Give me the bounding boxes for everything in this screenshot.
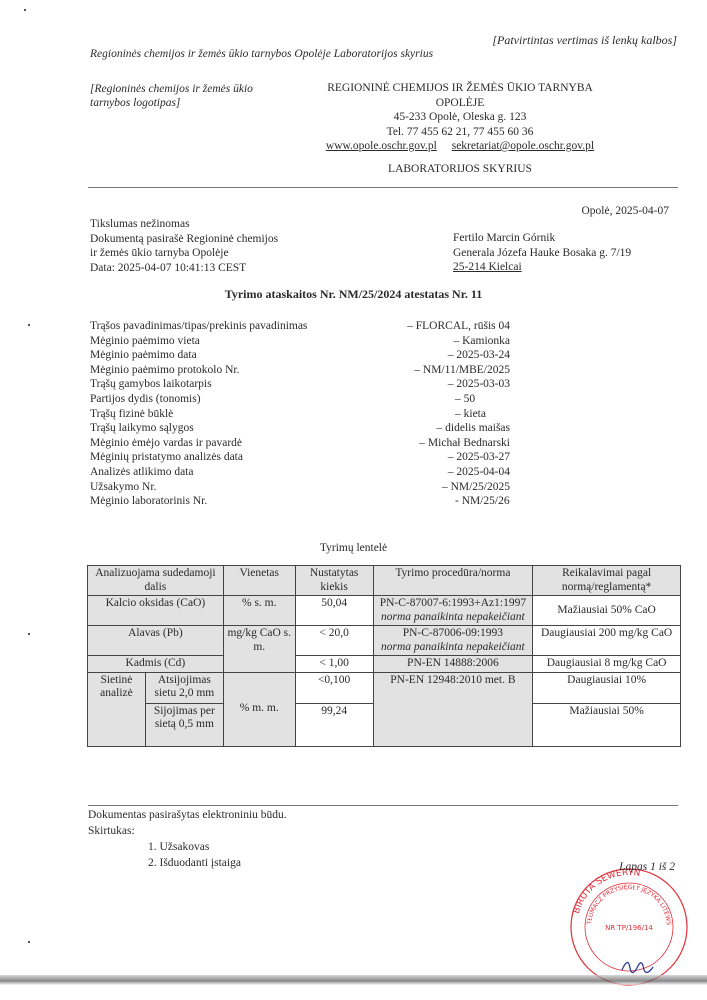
translator-stamp-icon: BIRUTA SEWERYN TŁUMACZ PRZYSIĘGŁY JĘZYKA… <box>562 862 697 992</box>
place-date: Opolė, 2025-04-07 <box>581 205 669 217</box>
detail-row: Mėginio paėmimo vieta– Kamionka <box>90 334 510 349</box>
logo-placeholder-note: [Regioninės chemijos ir žemės ūkio tarny… <box>90 82 265 110</box>
footer: Dokumentas pasirašytas elektroniniu būdu… <box>88 807 287 871</box>
translation-note: [Patvirtintas vertimas iš lenkų kalbos] <box>492 33 677 48</box>
scan-speck <box>28 633 30 635</box>
detail-label: Trąšų fizinė būklė <box>90 407 455 422</box>
header-divider <box>88 187 678 188</box>
detail-row: Mėginio paėmimo protokolo Nr.– NM/11/MBE… <box>90 363 510 378</box>
detail-value: – NM/25/2025 <box>442 480 510 495</box>
recipient-address: Fertilo Marcin Górnik Generala Józefa Ha… <box>453 231 631 275</box>
header-procedure: Tyrimo procedūra/norma <box>373 566 533 596</box>
detail-value: – didelis maišas <box>437 421 510 436</box>
detail-label: Trąšos pavadinimas/tipas/prekinis pavadi… <box>90 319 407 334</box>
header-component: Analizuojama sudedamoji dalis <box>88 566 224 596</box>
detail-value: – kieta <box>455 407 486 422</box>
table-row: Sietinė analizė Atsijojimas sietu 2,0 mm… <box>88 672 681 703</box>
scan-speck <box>24 9 26 11</box>
scan-shadow-edge <box>0 975 707 985</box>
footer-divider <box>88 805 678 806</box>
detail-label: Mėginio paėmimo protokolo Nr. <box>90 363 414 378</box>
scan-speck <box>28 324 30 326</box>
org-website-link[interactable]: www.opole.oschr.gov.pl <box>326 140 437 152</box>
table-header-row: Analizuojama sudedamoji dalis Vienetas N… <box>88 566 681 596</box>
distribution-list: 1. Užsakovas 2. Išduodanti įstaiga <box>88 839 287 871</box>
detail-row: Mėginio ėmėjo vardas ir pavardė– Michał … <box>90 436 510 451</box>
detail-row: Trąšų fizinė būklė– kieta <box>90 407 510 422</box>
detail-value: – Michał Bednarski <box>419 436 510 451</box>
recipient-name: Fertilo Marcin Górnik <box>453 231 631 246</box>
detail-value: – 50 <box>455 392 475 407</box>
detail-row: Analizės atlikimo data– 2025-04-04 <box>90 465 510 480</box>
detail-label: Trąšų laikymo sąlygos <box>90 421 437 436</box>
detail-row: Trąšos pavadinimas/tipas/prekinis pavadi… <box>90 319 510 334</box>
table-row: Kadmis (Cd) < 1,00 PN-EN 14888:2006 Daug… <box>88 656 681 673</box>
detail-label: Partijos dydis (tonomis) <box>90 392 455 407</box>
detail-value: – 2025-03-27 <box>448 450 510 465</box>
org-address: 45-233 Opolė, Oleska g. 123 <box>310 110 610 125</box>
detail-row: Trąšų laikymo sąlygos– didelis maišas <box>90 421 510 436</box>
detail-label: Mėginio paėmimo data <box>90 348 448 363</box>
detail-value: – NM/11/MBE/2025 <box>414 363 510 378</box>
table-row: Alavas (Pb) mg/kg CaO s. m. < 20,0 PN-C-… <box>88 626 681 656</box>
detail-row: Trąšų gamybos laikotarpis– 2025-03-03 <box>90 377 510 392</box>
header-requirement: Reikalavimai pagal normą/reglamentą* <box>533 566 681 596</box>
org-city: OPOLĖJE <box>310 96 610 111</box>
detail-value: – 2025-04-04 <box>448 465 510 480</box>
organization-block: REGIONINĖ CHEMIJOS IR ŽEMĖS ŪKIO TARNYBA… <box>310 81 610 154</box>
detail-row: Mėginio laboratorinis Nr.- NM/25/26 <box>90 494 510 509</box>
svg-text:NR TP/196/14: NR TP/196/14 <box>605 924 653 932</box>
detail-row: Užsakymo Nr.– NM/25/2025 <box>90 480 510 495</box>
detail-label: Mėginio laboratorinis Nr. <box>90 494 455 509</box>
detail-value: – Kamionka <box>453 334 510 349</box>
detail-row: Mėginių pristatymo analizės data– 2025-0… <box>90 450 510 465</box>
detail-label: Mėginio ėmėjo vardas ir pavardė <box>90 436 419 451</box>
lab-header: Regioninės chemijos ir žemės ūkio tarnyb… <box>90 48 433 60</box>
department-title: LABORATORIJOS SKYRIUS <box>310 163 610 175</box>
detail-label: Mėginio paėmimo vieta <box>90 334 453 349</box>
results-table: Analizuojama sudedamoji dalis Vienetas N… <box>87 565 681 747</box>
header-amount: Nustatytas kiekis <box>295 566 373 596</box>
detail-value: – 2025-03-03 <box>448 377 510 392</box>
recipient-street: Generala Józefa Hauke Bosaka g. 7/19 <box>453 246 631 261</box>
distribution-label: Skirtukas: <box>88 823 287 839</box>
sample-details: Trąšos pavadinimas/tipas/prekinis pavadi… <box>90 319 510 509</box>
table-caption: Tyrimų lentelė <box>0 542 707 554</box>
report-title: Tyrimo ataskaitos Nr. NM/25/2024 atestat… <box>0 287 707 302</box>
detail-label: Analizės atlikimo data <box>90 465 448 480</box>
detail-label: Mėginių pristatymo analizės data <box>90 450 448 465</box>
table-row: Kalcio oksidas (CaO) % s. m. 50,04 PN-C-… <box>88 596 681 626</box>
scan-speck <box>28 941 30 943</box>
signature-info: Tikslumas nežinomas Dokumentą pasirašė R… <box>90 217 278 275</box>
detail-value: - NM/25/26 <box>455 494 510 509</box>
detail-label: Užsakymo Nr. <box>90 480 442 495</box>
detail-label: Trąšų gamybos laikotarpis <box>90 377 448 392</box>
org-phone: Tel. 77 455 62 21, 77 455 60 36 <box>310 125 610 140</box>
detail-value: – 2025-03-24 <box>448 348 510 363</box>
detail-row: Mėginio paėmimo data– 2025-03-24 <box>90 348 510 363</box>
header-unit: Vienetas <box>223 566 295 596</box>
detail-row: Partijos dydis (tonomis)– 50 <box>90 392 510 407</box>
detail-value: – FLORCAL, rūšis 04 <box>407 319 510 334</box>
page-number: Lapas 1 iš 2 <box>619 861 675 873</box>
signed-note: Dokumentas pasirašytas elektroniniu būdu… <box>88 807 287 823</box>
recipient-city: 25-214 Kielcai <box>453 260 631 275</box>
org-name: REGIONINĖ CHEMIJOS IR ŽEMĖS ŪKIO TARNYBA <box>310 81 610 96</box>
org-email-link[interactable]: sekretariat@opole.oschr.gov.pl <box>452 140 594 152</box>
